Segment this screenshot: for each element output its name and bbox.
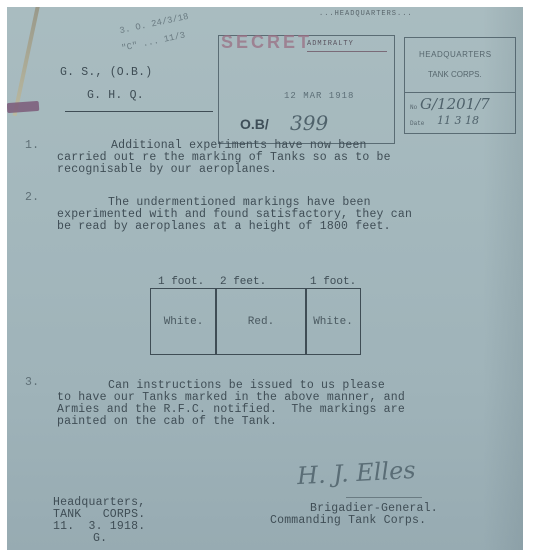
- paragraph-2-line-3: be read by aeroplanes at a height of 180…: [57, 221, 391, 234]
- paragraph-2-number: 2.: [25, 192, 39, 205]
- hq-stamp-date: 11 3 18: [437, 114, 479, 127]
- secret-stamp-word: SECRET: [221, 32, 312, 53]
- received-date: 12 MAR 1918: [284, 91, 354, 101]
- addressee-line-1: G. S., (O.B.): [60, 67, 152, 80]
- treasury-tag: [7, 101, 39, 113]
- secret-stamp-sub: ADMIRALTY: [307, 40, 354, 48]
- paragraph-3-line-4: painted on the cab of the Tank.: [57, 416, 277, 429]
- ob-label: O.B/: [240, 116, 269, 132]
- addressee-line-2: G. H. Q.: [87, 90, 144, 103]
- header-faint-text: ...HEADQUARTERS...: [319, 10, 413, 18]
- paragraph-1-number: 1.: [25, 140, 39, 153]
- marking-cell-red: Red.: [215, 288, 307, 355]
- paper-fold: [13, 7, 42, 116]
- hq-stamp-date-label: Date: [410, 120, 424, 127]
- ob-number: 399: [290, 111, 328, 135]
- paragraph-1-line-3: recognisable by our aeroplanes.: [57, 164, 277, 177]
- marking-diagram: White. Red. White.: [150, 288, 361, 355]
- hq-stamp-no-label: No: [410, 104, 417, 111]
- marking-cell-white-right: White.: [305, 288, 361, 355]
- hq-stamp-number: G/1201/7: [420, 95, 490, 113]
- signature-role: Commanding Tank Corps.: [270, 515, 426, 528]
- hq-stamp-subtitle: TANK CORPS.: [428, 70, 482, 79]
- signature-scrawl: H. J. Elles: [296, 456, 416, 490]
- document-sheet: ...HEADQUARTERS... 3. O. 24/3/18 "C" ...…: [7, 7, 523, 550]
- sender-line-4: G.: [93, 533, 107, 546]
- hq-stamp-divider: [404, 92, 516, 93]
- hq-stamp-title: HEADQUARTERS: [419, 50, 492, 59]
- secret-stamp-underline: [307, 51, 387, 52]
- addressee-rule: [65, 111, 213, 112]
- marking-cell-white-left: White.: [150, 288, 217, 355]
- signature-rule: [346, 497, 422, 498]
- dimension-center: 2 feet.: [220, 276, 266, 288]
- dimension-left: 1 foot.: [158, 276, 204, 288]
- dimension-right: 1 foot.: [310, 276, 356, 288]
- paragraph-3-number: 3.: [25, 377, 39, 390]
